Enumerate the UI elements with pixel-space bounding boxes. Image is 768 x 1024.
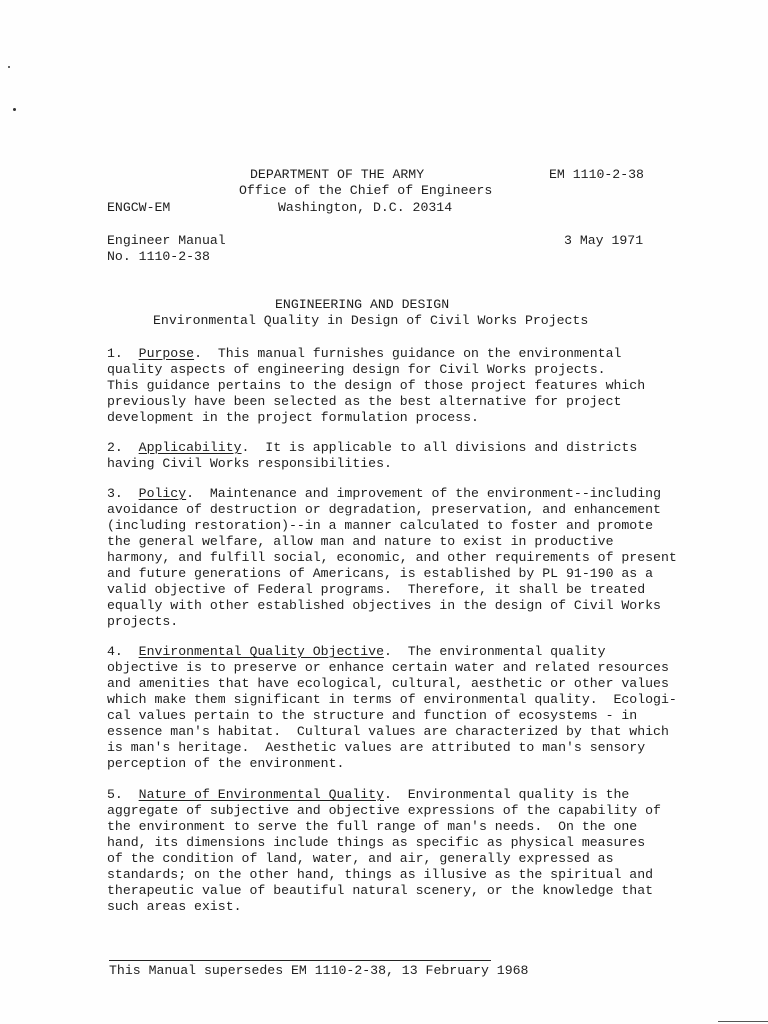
section-line: The environmental quality bbox=[408, 644, 606, 659]
section-line: quality aspects of engineering design fo… bbox=[107, 362, 606, 378]
section-line: which make them significant in terms of … bbox=[107, 692, 677, 708]
section-heading: Policy bbox=[139, 486, 186, 501]
section-number: 4. bbox=[107, 644, 123, 659]
section-heading-line: 5. Nature of Environmental Quality. Envi… bbox=[107, 787, 629, 803]
office-symbol: ENGCW-EM bbox=[107, 200, 170, 216]
section-line: hand, its dimensions include things as s… bbox=[107, 835, 645, 851]
section-line: (including restoration)--in a manner cal… bbox=[107, 518, 653, 534]
section-line: essence man's habitat. Cultural values a… bbox=[107, 724, 669, 740]
section-heading: Purpose bbox=[139, 346, 194, 361]
section-heading: Nature of Environmental Quality bbox=[139, 787, 384, 802]
section-line: is man's heritage. Aesthetic values are … bbox=[107, 740, 645, 756]
office-address: Washington, D.C. 20314 bbox=[278, 200, 452, 216]
scan-speck bbox=[13, 108, 16, 111]
section-heading-line: 3. Policy. Maintenance and improvement o… bbox=[107, 486, 661, 502]
section-line: previously have been selected as the bes… bbox=[107, 394, 621, 410]
section-line: harmony, and fulfill social, economic, a… bbox=[107, 550, 677, 566]
section-heading-line: 1. Purpose. This manual furnishes guidan… bbox=[107, 346, 621, 362]
section-number: 1. bbox=[107, 346, 123, 361]
footnote: This Manual supersedes EM 1110-2-38, 13 … bbox=[109, 963, 528, 979]
manual-number: No. 1110-2-38 bbox=[107, 249, 210, 265]
scan-edge-line bbox=[718, 1021, 768, 1022]
section-number: 5. bbox=[107, 787, 123, 802]
section-line: avoidance of destruction or degradation,… bbox=[107, 502, 661, 518]
section-line: This guidance pertains to the design of … bbox=[107, 378, 645, 394]
section-line: having Civil Works responsibilities. bbox=[107, 456, 392, 472]
department-name: DEPARTMENT OF THE ARMY bbox=[250, 167, 424, 183]
section-heading: Environmental Quality Objective bbox=[139, 644, 384, 659]
section-line: and amenities that have ecological, cult… bbox=[107, 676, 669, 692]
manual-type: Engineer Manual bbox=[107, 233, 226, 249]
section-number: 2. bbox=[107, 440, 123, 455]
section-heading-line: 4. Environmental Quality Objective. The … bbox=[107, 644, 606, 660]
scan-speck bbox=[8, 66, 10, 68]
section-line: and future generations of Americans, is … bbox=[107, 566, 653, 582]
section-number: 3. bbox=[107, 486, 123, 501]
section-line: It is applicable to all divisions and di… bbox=[265, 440, 637, 455]
section-line: the general welfare, allow man and natur… bbox=[107, 534, 613, 550]
section-line: cal values pertain to the structure and … bbox=[107, 708, 637, 724]
section-line: development in the project formulation p… bbox=[107, 410, 479, 426]
document-subject: Environmental Quality in Design of Civil… bbox=[153, 313, 588, 329]
document-page: DEPARTMENT OF THE ARMY Office of the Chi… bbox=[0, 0, 768, 1024]
section-line: valid objective of Federal programs. The… bbox=[107, 582, 645, 598]
section-line: of the condition of land, water, and air… bbox=[107, 851, 613, 867]
section-line: aggregate of subjective and objective ex… bbox=[107, 803, 661, 819]
section-line: therapeutic value of beautiful natural s… bbox=[107, 883, 653, 899]
section-line: standards; on the other hand, things as … bbox=[107, 867, 653, 883]
section-line: This manual furnishes guidance on the en… bbox=[218, 346, 622, 361]
section-line: projects. bbox=[107, 614, 178, 630]
document-date: 3 May 1971 bbox=[564, 233, 643, 249]
section-line: equally with other established objective… bbox=[107, 598, 661, 614]
section-line: objective is to preserve or enhance cert… bbox=[107, 660, 669, 676]
section-heading: Applicability bbox=[139, 440, 242, 455]
footnote-rule bbox=[109, 960, 491, 961]
section-line: such areas exist. bbox=[107, 899, 242, 915]
section-line: Environmental quality is the bbox=[408, 787, 630, 802]
document-category: ENGINEERING AND DESIGN bbox=[275, 297, 449, 313]
section-heading-line: 2. Applicability. It is applicable to al… bbox=[107, 440, 637, 456]
section-line: Maintenance and improvement of the envir… bbox=[210, 486, 661, 501]
section-line: perception of the environment. bbox=[107, 756, 344, 772]
office-name: Office of the Chief of Engineers bbox=[239, 183, 492, 199]
section-line: the environment to serve the full range … bbox=[107, 819, 637, 835]
document-number: EM 1110-2-38 bbox=[549, 167, 644, 183]
